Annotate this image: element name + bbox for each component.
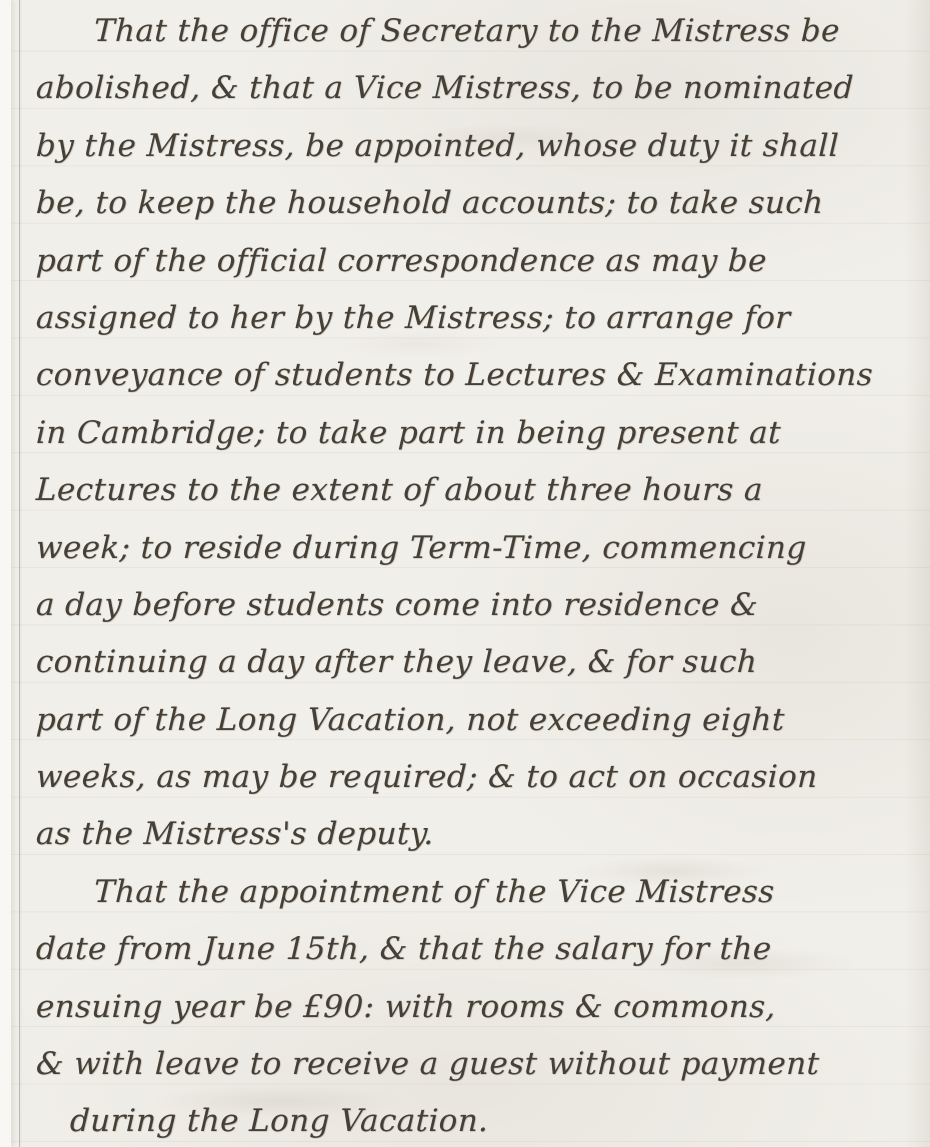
manuscript-line: be, to keep the household accounts; to t… xyxy=(35,174,917,231)
page-left-edge xyxy=(0,0,11,1147)
manuscript-line: That the office of Secretary to the Mist… xyxy=(35,2,917,59)
manuscript-page: That the office of Secretary to the Mist… xyxy=(0,0,930,1147)
manuscript-line: during the Long Vacation. xyxy=(35,1092,917,1147)
manuscript-line: abolished, & that a Vice Mistress, to be… xyxy=(35,59,917,116)
manuscript-line: part of the Long Vacation, not exceeding… xyxy=(35,691,917,748)
margin-rule-line xyxy=(19,0,20,1147)
manuscript-line: date from June 15th, & that the salary f… xyxy=(35,920,917,977)
manuscript-line: by the Mistress, be appointed, whose dut… xyxy=(35,117,917,174)
manuscript-line: a day before students come into residenc… xyxy=(35,576,917,633)
manuscript-line: ensuing year be £90: with rooms & common… xyxy=(35,978,917,1035)
manuscript-line: assigned to her by the Mistress; to arra… xyxy=(35,289,917,346)
paragraph-1: That the office of Secretary to the Mist… xyxy=(36,2,916,863)
manuscript-line: continuing a day after they leave, & for… xyxy=(35,633,917,690)
manuscript-line: part of the official correspondence as m… xyxy=(35,232,917,289)
manuscript-line: Lectures to the extent of about three ho… xyxy=(35,461,917,518)
manuscript-line: conveyance of students to Lectures & Exa… xyxy=(35,346,917,403)
paragraph-2: That the appointment of the Vice Mistres… xyxy=(36,863,916,1147)
manuscript-line: week; to reside during Term-Time, commen… xyxy=(35,519,917,576)
manuscript-line: weeks, as may be required; & to act on o… xyxy=(35,748,917,805)
manuscript-line: as the Mistress's deputy. xyxy=(35,805,917,862)
manuscript-line: & with leave to receive a guest without … xyxy=(35,1035,917,1092)
manuscript-line: That the appointment of the Vice Mistres… xyxy=(35,863,917,920)
manuscript-line: in Cambridge; to take part in being pres… xyxy=(35,404,917,461)
manuscript-text-block: That the office of Secretary to the Mist… xyxy=(36,2,916,1147)
